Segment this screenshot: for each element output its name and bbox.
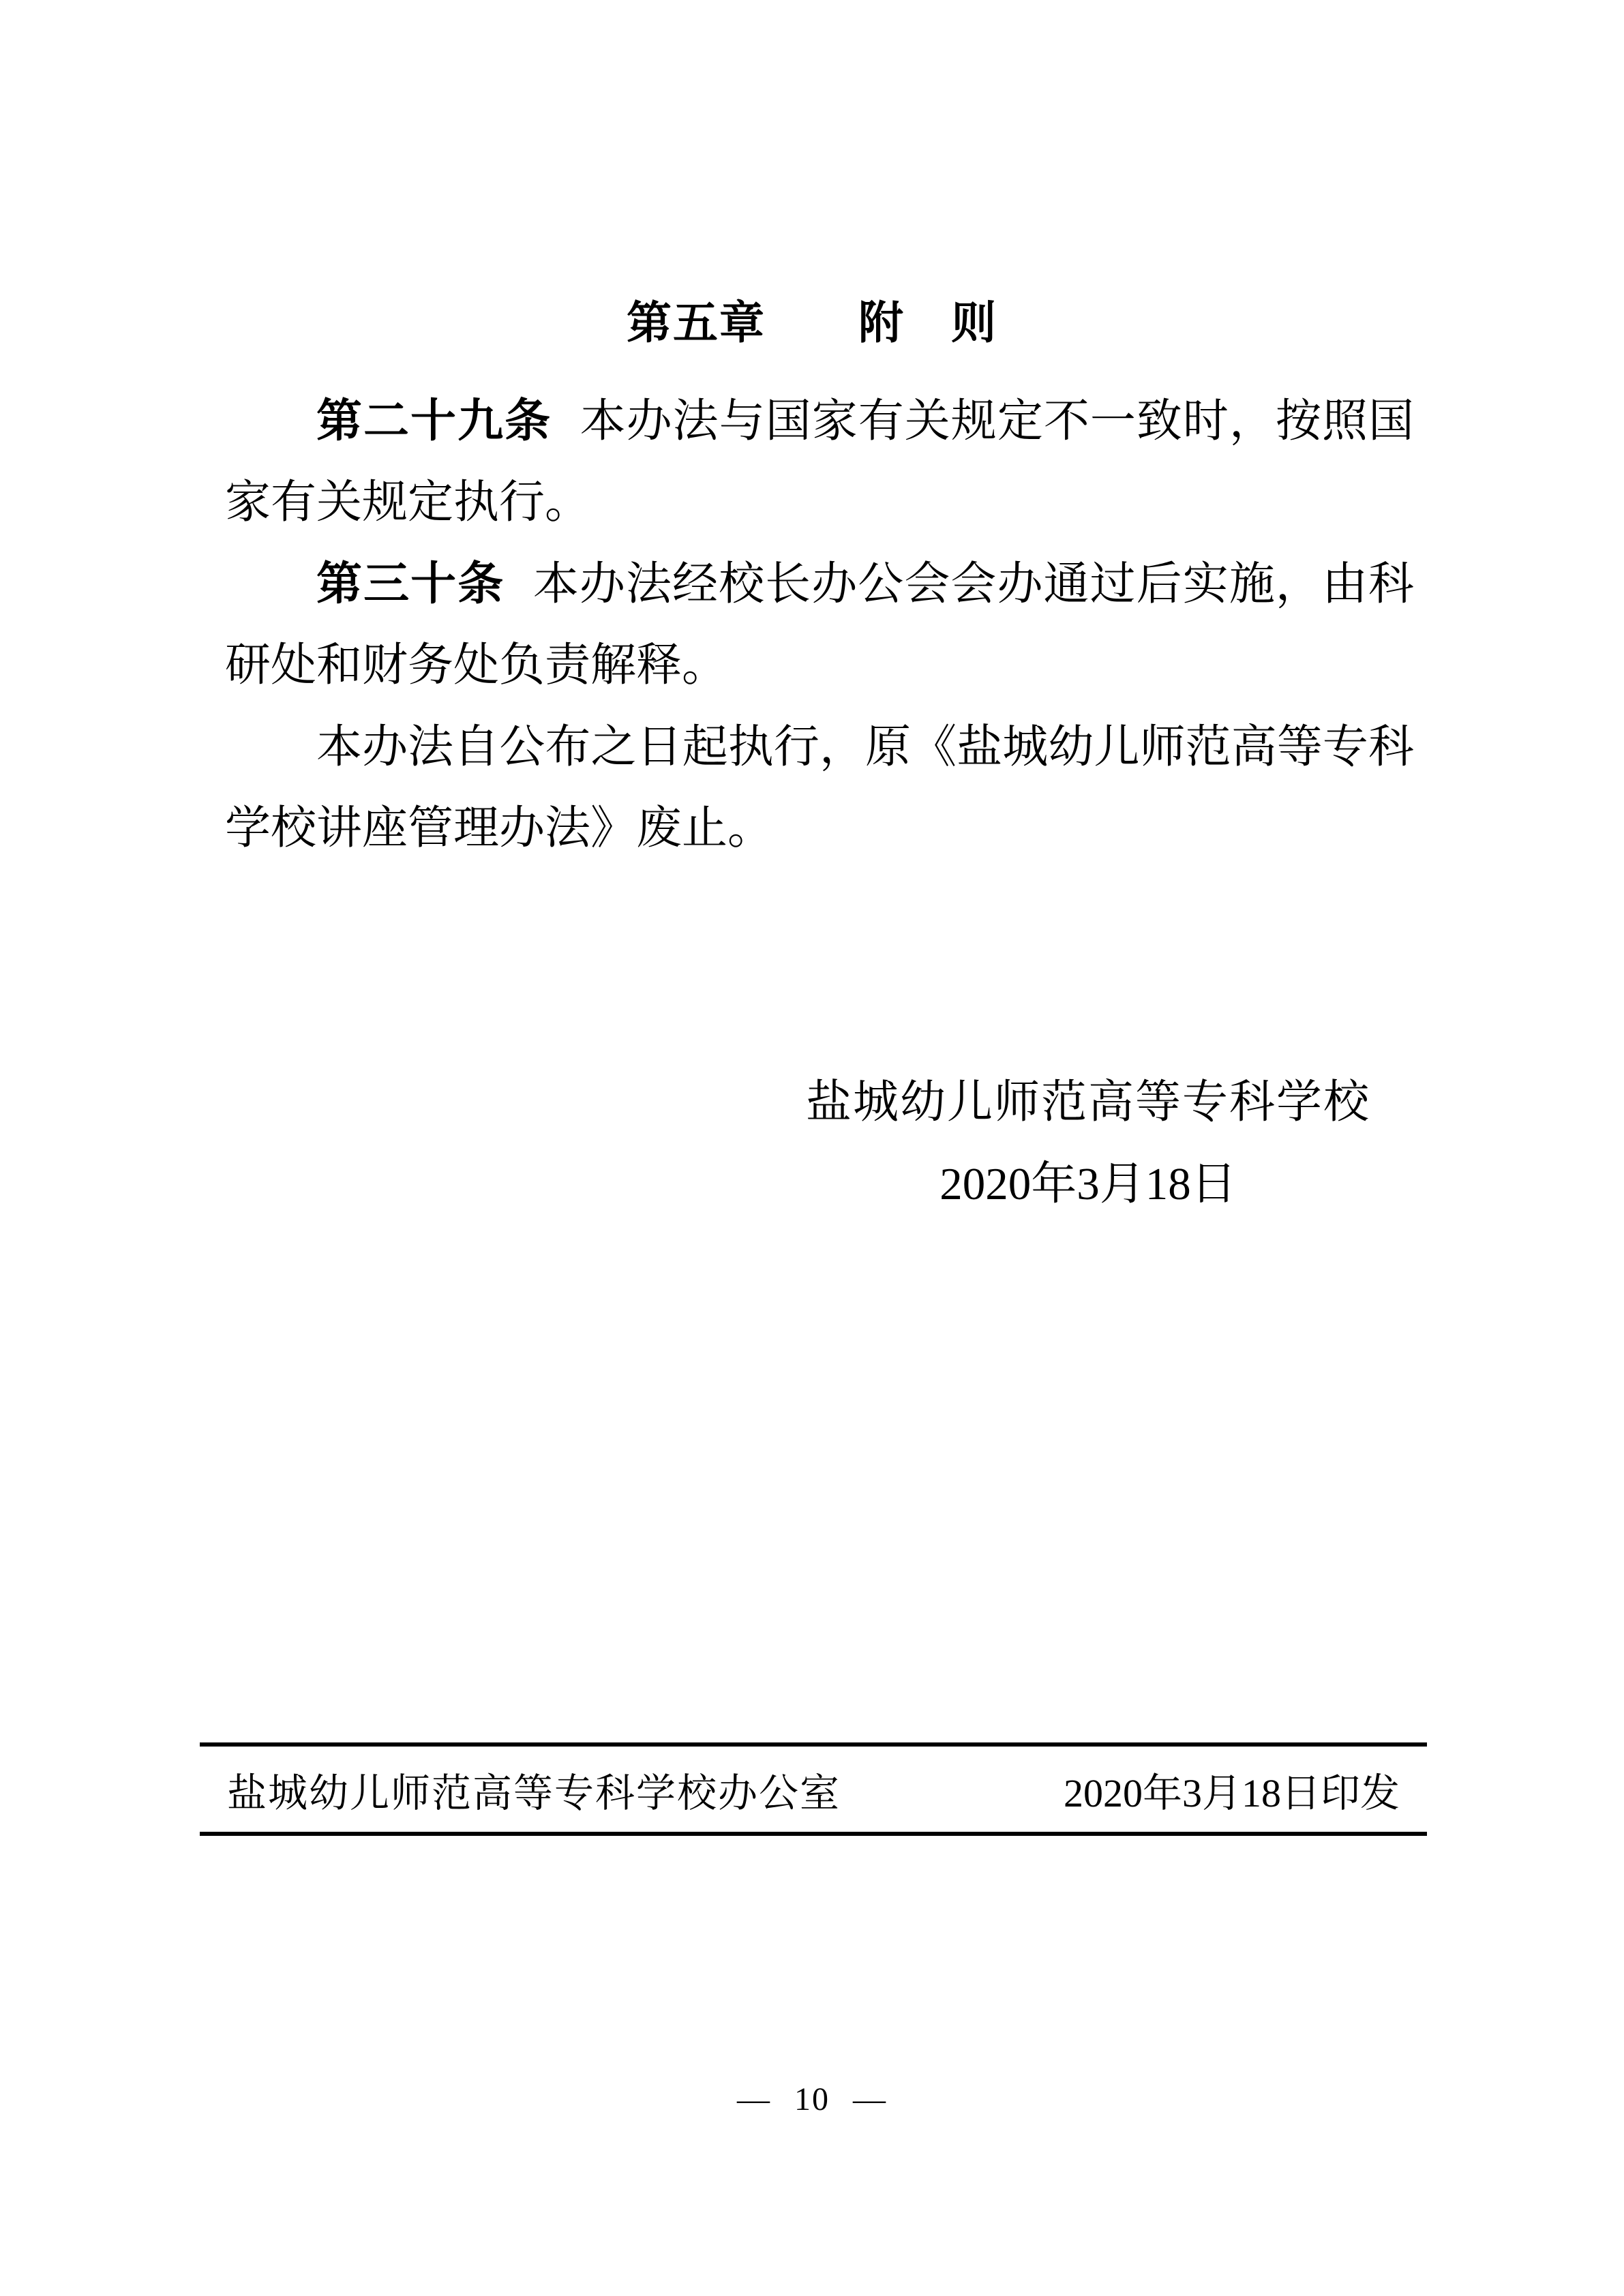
signature-date: 2020年3月18日 — [806, 1143, 1370, 1225]
article-number-label: 第三十条 — [316, 558, 505, 609]
document-page: 第五章 附 则 第二十九条本办法与国家有关规定不一致时，按照国家有关规定执行。 … — [0, 0, 1624, 2296]
article-number-label: 第二十九条 — [316, 395, 552, 447]
article-text: 本办法自公布之日起执行，原《盐城幼儿师范高等专科学校讲座管理办法》废止。 — [225, 722, 1414, 854]
issuing-office: 盐城幼儿师范高等专科学校办公室 — [227, 1761, 841, 1818]
chapter-heading: 第五章 附 则 — [0, 292, 1624, 353]
article-paragraph: 本办法自公布之日起执行，原《盐城幼儿师范高等专科学校讲座管理办法》废止。 — [225, 706, 1414, 869]
article-paragraph: 第二十九条本办法与国家有关规定不一致时，按照国家有关规定执行。 — [225, 380, 1414, 543]
signature-block: 盐城幼儿师范高等专科学校 2020年3月18日 — [806, 1061, 1370, 1225]
signature-organization: 盐城幼儿师范高等专科学校 — [806, 1061, 1370, 1143]
colophon-footer: 盐城幼儿师范高等专科学校办公室 2020年3月18日印发 — [200, 1742, 1427, 1836]
page-number: — 10 — — [0, 2081, 1624, 2118]
print-date: 2020年3月18日印发 — [1064, 1761, 1400, 1818]
article-paragraph: 第三十条本办法经校长办公会会办通过后实施，由科研处和财务处负责解释。 — [225, 543, 1414, 706]
body-text: 第二十九条本办法与国家有关规定不一致时，按照国家有关规定执行。 第三十条本办法经… — [225, 380, 1414, 869]
